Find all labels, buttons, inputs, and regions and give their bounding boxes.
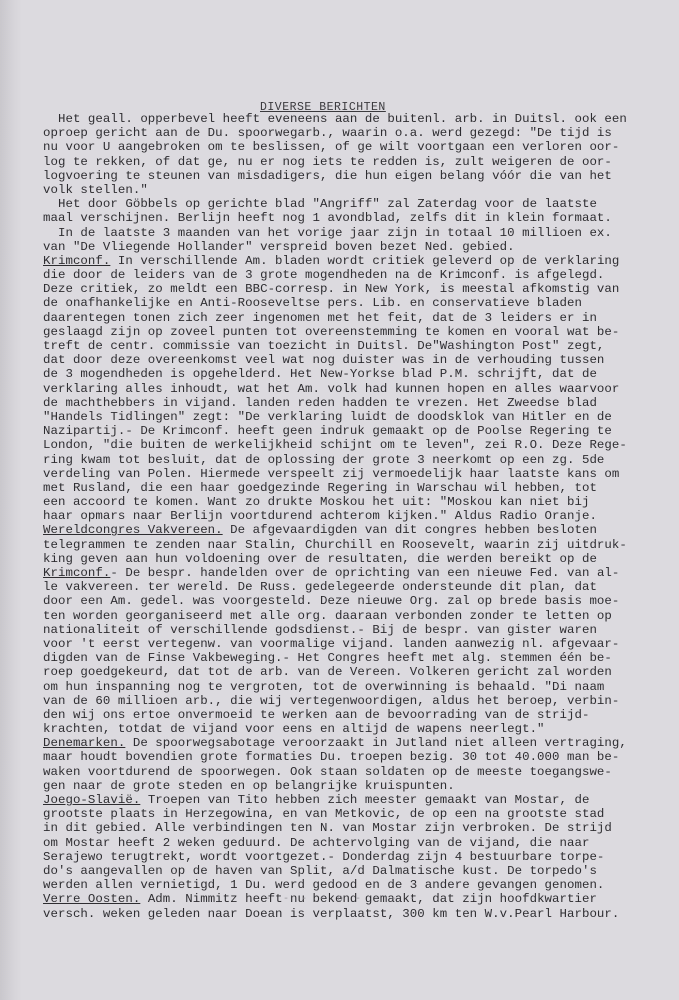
text-line: ring kwam tot besluit, dat de oplossing … (43, 453, 673, 467)
text-line: van "De Vliegende Hollander" verspreid b… (43, 240, 673, 254)
text-line: Wereldcongres Vakvereen. De afgevaardigd… (43, 523, 673, 537)
text-line: maar houdt bovendien grote formaties Du.… (43, 750, 673, 764)
text-line: krachten, totdat de vijand voor eens en … (43, 722, 673, 736)
text-line: den wij ons ertoe onvermoeid te werken a… (43, 708, 673, 722)
text-line: nu voor U aangebroken om te beslissen, o… (43, 140, 673, 154)
text-line: do's aangevallen op de haven van Split, … (43, 864, 673, 878)
text-line: werden allen vernietigd, 1 Du. werd gedo… (43, 878, 673, 892)
section-heading: Krimconf. (43, 254, 110, 268)
closing-mark: - - - - o - - - - (265, 894, 418, 905)
text-line: volk stellen." (43, 183, 673, 197)
text-line: log te rekken, of dat ge, nu er nog iets… (43, 155, 673, 169)
text-line: logvoering te steunen van misdadigers, d… (43, 169, 673, 183)
text-line: Deze critiek, zo meldt een BBC-corresp. … (43, 282, 673, 296)
text-line: een accoord te komen. Want zo drukte Mos… (43, 495, 673, 509)
text-line: Joego-Slavië. Troepen van Tito hebben zi… (43, 793, 673, 807)
text-line: de machthebbers in vijand. landen reden … (43, 396, 673, 410)
text-line: verklaring alles inhoudt, wat het Am. vo… (43, 382, 673, 396)
section-heading: Krimconf. (43, 566, 110, 580)
text-line: daarentegen tonen zich zeer ingenomen me… (43, 311, 673, 325)
text-line: Denemarken. De spoorwegsabotage veroorza… (43, 736, 673, 750)
text-line: in dit gebied. Alle verbindingen ten N. … (43, 821, 673, 835)
text-line: die door de leiders van de 3 grote mogen… (43, 268, 673, 282)
text-line: "Handels Tidlingen" zegt: "De verklaring… (43, 410, 673, 424)
section-heading: Wereldcongres Vakvereen. (43, 523, 223, 537)
text-line: London, "die buiten de werkelijkheid sch… (43, 438, 673, 452)
text-line: met Rusland, die een haar goedgezinde Re… (43, 481, 673, 495)
text-line: dat door deze overeenkomst veel wat nog … (43, 353, 673, 367)
page-edge-shadow (0, 0, 22, 1000)
text-line: gen naar de grote steden en op belangrij… (43, 779, 673, 793)
text-line: van de 60 millioen arb., die wij vertege… (43, 694, 673, 708)
text-line: verdeling van Polen. Hiermede verspeelt … (43, 467, 673, 481)
text-line: le vakvereen. ter wereld. De Russ. gedel… (43, 580, 673, 594)
text-line: treft de centr. commissie van toezicht i… (43, 339, 673, 353)
text-line: roep goedgekeurd, dat tot de arb. van de… (43, 665, 673, 679)
document-body: Het geall. opperbevel heeft eveneens aan… (43, 112, 673, 921)
text-line: Krimconf. In verschillende Am. bladen wo… (43, 254, 673, 268)
text-line: In de laatste 3 maanden van het vorige j… (43, 226, 673, 240)
section-heading: Denemarken. (43, 736, 125, 750)
text-line: telegrammen te zenden naar Stalin, Churc… (43, 538, 673, 552)
text-line: oproep gericht aan de Du. spoorwegarb., … (43, 126, 673, 140)
text-line: grootste plaats in Herzegowina, en van M… (43, 807, 673, 821)
text-line: om hun inspanning nog te vergroten, tot … (43, 680, 673, 694)
text-line: Krimconf.- De bespr. handelden over de o… (43, 566, 673, 580)
text-line: waken voortdurend de spoorwegen. Ook sta… (43, 765, 673, 779)
text-line: haar opmars naar Berlijn voortdurend ach… (43, 509, 673, 523)
text-line: voor 't eerst vertegenw. van voormalige … (43, 637, 673, 651)
text-line: Serajewo terugtrekt, wordt voortgezet.- … (43, 850, 673, 864)
text-line: om Mostar heeft 2 weken geduurd. De acht… (43, 836, 673, 850)
section-heading: Verre Oosten. (43, 892, 140, 906)
text-line: Nazipartij.- De Krimconf. heeft geen ind… (43, 424, 673, 438)
text-line: ten worden georganiseerd met alle org. d… (43, 609, 673, 623)
document-page: DIVERSE BERICHTEN Het geall. opperbevel … (0, 0, 679, 1000)
text-line: de 3 mogendheden is opgehelderd. Het New… (43, 367, 673, 381)
section-heading: Joego-Slavië. (43, 793, 140, 807)
text-line: king geven aan hun voldoening over de re… (43, 552, 673, 566)
text-line: Het geall. opperbevel heeft eveneens aan… (43, 112, 673, 126)
text-line: de onafhankelijke en Anti-Rooseveltse pe… (43, 296, 673, 310)
text-line: door een Am. gedel. was voorgesteld. Dez… (43, 594, 673, 608)
text-line: digden van de Finse Vakbeweging.- Het Co… (43, 651, 673, 665)
text-line: geslaagd zijn op zoveel punten tot overe… (43, 325, 673, 339)
text-line: versch. weken geleden naar Doean is verp… (43, 907, 673, 921)
text-line: nationaliteit of verschillende godsdiens… (43, 623, 673, 637)
text-line: maal verschijnen. Berlijn heeft nog 1 av… (43, 211, 673, 225)
text-line: Het door Göbbels op gerichte blad "Angri… (43, 197, 673, 211)
